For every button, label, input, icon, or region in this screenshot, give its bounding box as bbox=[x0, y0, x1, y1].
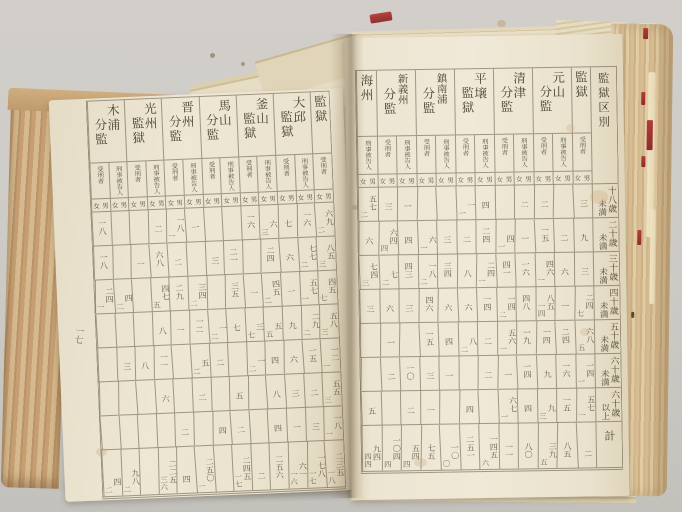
subcol-label-text: 受刑者 bbox=[96, 166, 104, 184]
female-label: 女 bbox=[93, 201, 100, 210]
subcol-label-cell: 受刑者 bbox=[275, 155, 295, 191]
body-cell: 一六 bbox=[296, 204, 315, 237]
body-cell: 二 bbox=[208, 343, 228, 377]
female-value: 一七 bbox=[234, 473, 242, 488]
male-value: 三 bbox=[580, 267, 588, 275]
gender-header-cell: 男女 bbox=[277, 191, 296, 204]
male-value: 六四 bbox=[388, 229, 396, 245]
female-label: 女 bbox=[477, 175, 484, 184]
subcol-label-text: 受刑者 bbox=[461, 138, 468, 156]
body-cell: 五 bbox=[361, 391, 382, 425]
male-value: 一 bbox=[136, 260, 144, 268]
body-cell bbox=[210, 377, 230, 411]
male-value: 三九 bbox=[548, 442, 556, 458]
body-cell: 一〇 bbox=[399, 357, 420, 391]
male-value: 二 bbox=[483, 337, 491, 345]
body-cell: 二九 bbox=[169, 277, 189, 311]
male-value: 五四 bbox=[411, 444, 419, 460]
body-cell: 二 bbox=[477, 322, 497, 355]
male-value: 四七 bbox=[160, 284, 169, 300]
male-value: 三 bbox=[405, 304, 413, 312]
female-label: 女 bbox=[457, 175, 464, 184]
male-value: 一五 bbox=[540, 226, 549, 242]
body-cell: 一八 bbox=[93, 246, 113, 280]
body-cell: 二三五一八 bbox=[324, 440, 346, 487]
row-label-cell: 三十歳未満 bbox=[594, 252, 620, 286]
body-cell: 四七五 bbox=[150, 277, 170, 311]
row-label-cell: 五十歳未満 bbox=[595, 320, 621, 354]
male-value: 一 bbox=[386, 339, 394, 347]
body-cell: 一 bbox=[131, 245, 150, 278]
female-label: 女 bbox=[260, 194, 267, 203]
male-value: 三四 bbox=[443, 262, 451, 278]
male-value: 八 bbox=[463, 269, 471, 277]
male-value: 五七 bbox=[309, 278, 318, 294]
gender-header-cell: 男女 bbox=[128, 197, 147, 210]
male-value: 六八 bbox=[585, 327, 594, 343]
body-cell: 六 bbox=[554, 253, 574, 286]
male-value: 六 bbox=[289, 355, 297, 363]
gender-header-cell: 男女 bbox=[533, 172, 553, 184]
row-label-main: 十八歳 bbox=[605, 186, 615, 213]
body-cell bbox=[227, 342, 247, 376]
body-cell bbox=[553, 185, 573, 218]
body-cell: 一二一 bbox=[320, 338, 341, 372]
body-cell: 二 bbox=[148, 210, 167, 243]
body-cell: 一八二 bbox=[417, 255, 437, 288]
body-cell bbox=[99, 415, 120, 449]
body-cell: 二五一 bbox=[459, 424, 480, 470]
body-cell: 一二 bbox=[189, 310, 208, 343]
male-value: 一八 bbox=[99, 253, 107, 269]
row-label-suffix: 未満 bbox=[597, 267, 607, 284]
male-value: 六 bbox=[285, 253, 294, 262]
body-cell: 一 bbox=[380, 323, 400, 356]
body-cell: 二四 bbox=[554, 320, 575, 354]
male-value: 四六 bbox=[424, 296, 432, 312]
photo-of-open-ledger: 監獄大邱監獄釜山監獄馬山分監晋州分監光州監獄木浦分監受刑者刑事被告人受刑者刑事被… bbox=[0, 0, 682, 512]
body-cell: 五七一 bbox=[576, 388, 596, 421]
body-cell bbox=[248, 409, 269, 443]
body-cell: 二四一 bbox=[476, 254, 496, 287]
body-cell: 二 bbox=[456, 220, 476, 253]
subcol-label-text: 刑事被告人 bbox=[403, 139, 410, 169]
female-value: 二 bbox=[193, 367, 201, 375]
body-cell: 四 bbox=[438, 322, 459, 356]
male-value: 七五 bbox=[426, 444, 434, 460]
male-value: 一 bbox=[521, 234, 529, 242]
body-cell: 一 bbox=[497, 356, 517, 389]
female-label: 女 bbox=[112, 200, 119, 209]
male-value: 一〇 bbox=[406, 364, 415, 380]
male-value: 二 bbox=[583, 449, 591, 457]
male-value: 二 bbox=[257, 472, 265, 480]
male-value: 二九 bbox=[311, 312, 319, 328]
female-value: 六 bbox=[481, 458, 489, 466]
body-cell: 二四 bbox=[475, 220, 495, 253]
body-cell: 三 bbox=[204, 241, 224, 275]
subcol-label-text: 刑事被告人 bbox=[364, 140, 371, 170]
prison-name-line: 大邱 bbox=[292, 96, 306, 126]
body-cell: 五 bbox=[229, 376, 248, 409]
body-cell: 八 bbox=[456, 254, 476, 287]
row-label-cell: 十八歳未満 bbox=[593, 184, 619, 218]
body-cell bbox=[242, 240, 261, 273]
female-value: 二 bbox=[300, 260, 308, 268]
prison-name-cell: 監獄 bbox=[310, 92, 331, 154]
prison-name-line: 分監 bbox=[383, 87, 396, 116]
male-value: 三 bbox=[255, 322, 263, 330]
female-value: 三六 bbox=[160, 476, 168, 491]
body-cell: 五七二 bbox=[358, 188, 378, 221]
male-value: 一六 bbox=[246, 213, 255, 229]
male-value: 四一 bbox=[501, 261, 510, 277]
female-value: 二 bbox=[381, 278, 389, 286]
body-cell bbox=[186, 242, 206, 276]
female-value: 一四 bbox=[537, 302, 545, 317]
body-cell: 四五二 bbox=[261, 273, 282, 307]
female-value: 三 bbox=[321, 327, 329, 335]
male-label: 男 bbox=[428, 175, 435, 184]
body-cell: 二 bbox=[303, 373, 323, 407]
body-cell bbox=[477, 390, 498, 424]
male-value: 四六 bbox=[545, 260, 553, 276]
female-label: 女 bbox=[574, 173, 581, 182]
female-label: 女 bbox=[399, 176, 406, 185]
subcol-label-cell: 受刑者 bbox=[89, 163, 109, 199]
male-value: 一五 bbox=[424, 330, 433, 346]
stain bbox=[210, 53, 215, 58]
body-cell: 一四 bbox=[476, 288, 497, 322]
body-cell: 八五 bbox=[556, 423, 576, 468]
subcol-label-cell: 受刑者 bbox=[312, 154, 332, 190]
subcol-label-cell: 刑事被告人 bbox=[513, 134, 533, 171]
male-value: 四 bbox=[113, 478, 121, 486]
prison-name-line: 海州 bbox=[360, 74, 373, 103]
red-mark bbox=[641, 156, 645, 167]
subcol-label-cell: 刑事被告人 bbox=[182, 159, 202, 195]
male-value: 二 bbox=[484, 371, 492, 379]
body-cell: 二 bbox=[575, 422, 597, 468]
body-cell: 六四四 bbox=[378, 221, 398, 254]
female-label: 女 bbox=[379, 176, 386, 185]
body-cell: 一四一 bbox=[575, 354, 595, 387]
female-label: 女 bbox=[516, 174, 523, 183]
male-value: 八 bbox=[468, 337, 476, 345]
prison-name-cell: 光州監獄 bbox=[124, 99, 164, 162]
male-value: 一四 bbox=[506, 294, 514, 310]
gender-header-cell: 男女 bbox=[221, 193, 240, 206]
female-value: 三 bbox=[539, 412, 547, 420]
body-cell bbox=[137, 414, 157, 448]
subcol-label-text: 受刑者 bbox=[244, 160, 252, 178]
female-value: 二 bbox=[317, 225, 325, 233]
male-value: 一八 bbox=[176, 216, 184, 232]
body-cell bbox=[193, 412, 212, 445]
male-value: 一 bbox=[286, 287, 294, 295]
gender-header-cell: 男女 bbox=[295, 190, 314, 203]
body-cell: 三 bbox=[572, 184, 593, 218]
stub-header-cell: 監獄区別 bbox=[591, 67, 618, 184]
male-label: 男 bbox=[564, 173, 571, 182]
body-cell: 四二 bbox=[101, 450, 122, 497]
male-value: 六 bbox=[385, 304, 393, 312]
female-value: 一六 bbox=[290, 470, 298, 485]
body-cell: 五二 bbox=[190, 344, 211, 378]
male-value: 八 bbox=[141, 361, 149, 369]
male-value: 四 bbox=[123, 294, 132, 303]
body-cell bbox=[206, 275, 225, 308]
prison-name-cell: 平壌監獄 bbox=[453, 69, 493, 135]
body-cell: 六 bbox=[456, 288, 477, 322]
female-value: 二 bbox=[498, 310, 506, 318]
prison-name-line: 清津 bbox=[512, 71, 525, 100]
body-cell: 八 bbox=[265, 374, 286, 408]
body-cell: 九四四四 bbox=[361, 426, 381, 471]
male-value: 四 bbox=[505, 235, 513, 243]
body-cell: 五四四 bbox=[401, 425, 421, 470]
male-value: 四 bbox=[218, 426, 226, 434]
prison-name-cell: 釜山監獄 bbox=[235, 94, 275, 157]
female-value: 二 bbox=[420, 277, 428, 285]
dark-speck bbox=[631, 312, 634, 318]
female-value: 二 bbox=[360, 210, 368, 218]
male-label: 男 bbox=[120, 200, 127, 209]
body-cell: 一一 bbox=[498, 424, 518, 469]
male-value: 一二 bbox=[195, 317, 203, 333]
row-label-main: 計 bbox=[604, 430, 614, 441]
male-value: 五 bbox=[367, 407, 375, 415]
prison-name-cell: 海州 bbox=[356, 71, 377, 136]
male-value: 二五〇 bbox=[205, 458, 215, 483]
subcol-label-cell: 受刑者 bbox=[493, 135, 513, 172]
body-cell: 一四 bbox=[516, 355, 537, 389]
male-value: 六 bbox=[560, 268, 568, 276]
female-label: 女 bbox=[496, 174, 503, 183]
left-page: 監獄大邱監獄釜山監獄馬山分監晋州分監光州監獄木浦分監受刑者刑事被告人受刑者刑事被… bbox=[49, 88, 360, 502]
stain bbox=[497, 20, 506, 27]
body-cell bbox=[114, 313, 134, 347]
prison-table-right: 監獄区別十八歳未満二十歳未満三十歳未満四十歳未満五十歳未満六十歳未満六十歳以上計… bbox=[355, 66, 623, 474]
body-cell: 一 bbox=[514, 219, 534, 252]
female-value: 二 bbox=[116, 302, 124, 310]
body-cell: 四八 bbox=[515, 287, 535, 320]
row-label-cell: 六十歳以上 bbox=[596, 388, 622, 422]
body-cell: 一 bbox=[184, 208, 205, 242]
body-cell: 一 bbox=[554, 287, 574, 320]
male-value: 一 bbox=[249, 289, 258, 298]
body-cell bbox=[212, 445, 233, 492]
subcol-label-cell: 刑事被告人 bbox=[145, 161, 165, 197]
male-value: 七 bbox=[389, 270, 397, 278]
body-cell: 一六 bbox=[240, 206, 260, 240]
gender-header-cell: 男女 bbox=[109, 198, 128, 211]
male-label: 男 bbox=[389, 176, 396, 185]
male-value: 三四 bbox=[198, 283, 206, 299]
right-page: 監獄区別十八歳未満二十歳未満三十歳未満四十歳未満五十歳未満六十歳未満六十歳以上計… bbox=[344, 34, 629, 500]
row-label-suffix: 未満 bbox=[599, 369, 609, 386]
female-value: 三 bbox=[261, 228, 269, 236]
male-value: 六 bbox=[269, 220, 277, 228]
prison-name-line: 馬山 bbox=[217, 99, 231, 129]
row-label-suffix: 未満 bbox=[596, 233, 606, 250]
female-value: 二 bbox=[302, 328, 310, 336]
male-value: 二五一 bbox=[465, 435, 474, 459]
male-value: 二 bbox=[462, 235, 470, 243]
male-value: 四五 bbox=[328, 278, 336, 294]
subcol-label-text: 受刑者 bbox=[500, 137, 507, 155]
gender-header-cell: 男女 bbox=[397, 174, 417, 186]
stub-header-text: 監獄区別 bbox=[595, 72, 613, 183]
male-value: 四 bbox=[444, 337, 452, 345]
female-label: 女 bbox=[438, 175, 445, 184]
subcol-label-cell: 受刑者 bbox=[164, 160, 184, 196]
body-cell: 九八二 bbox=[120, 449, 141, 496]
body-cell: 四五七 bbox=[317, 271, 337, 305]
male-value: 二 bbox=[154, 225, 162, 233]
female-label: 女 bbox=[186, 197, 193, 206]
body-cell: 三 bbox=[305, 407, 325, 441]
body-cell: 二 bbox=[533, 185, 553, 218]
male-value: 八五 bbox=[326, 243, 335, 259]
female-value: 三 bbox=[361, 278, 369, 286]
body-cell bbox=[248, 376, 267, 409]
body-cell: 二四 bbox=[261, 239, 280, 272]
row-label-main: 五十歳 bbox=[607, 322, 617, 349]
row-label-main: 四十歳 bbox=[607, 288, 617, 315]
body-cell bbox=[133, 312, 153, 346]
body-cell: 八二 bbox=[457, 322, 477, 355]
female-value: 三 bbox=[318, 259, 326, 267]
male-value: 一九 bbox=[522, 328, 530, 344]
male-value: 六 bbox=[365, 237, 373, 245]
female-value: 四 bbox=[380, 244, 388, 252]
female-value: 一 bbox=[577, 377, 585, 385]
male-value: 七四 bbox=[369, 262, 378, 278]
male-value: 二 bbox=[174, 258, 182, 266]
male-value: 三 bbox=[366, 305, 374, 313]
female-value: 一 bbox=[497, 242, 505, 250]
row-label-suffix: 未満 bbox=[598, 335, 608, 352]
gender-header-cell: 男女 bbox=[358, 175, 378, 187]
body-cell: 一 bbox=[170, 311, 189, 344]
body-cell: 一 bbox=[420, 391, 440, 424]
male-value: 九四 bbox=[372, 445, 380, 461]
body-cell: 三九五 bbox=[537, 423, 557, 468]
row-label-main: 三十歳 bbox=[606, 254, 616, 281]
body-cell bbox=[399, 323, 419, 356]
male-value: 一四 bbox=[482, 295, 491, 311]
male-value: 一 bbox=[256, 357, 264, 365]
body-cell: 九三 bbox=[536, 389, 556, 422]
prison-name-line: 平壌 bbox=[473, 72, 486, 101]
body-cell: 一五 bbox=[533, 219, 554, 253]
male-value: 一 bbox=[503, 371, 511, 379]
male-label: 男 bbox=[369, 176, 376, 185]
body-cell: 八 bbox=[152, 312, 172, 346]
gender-header-cell: 男女 bbox=[258, 192, 277, 205]
body-cell: 八〇 bbox=[518, 423, 538, 468]
male-value: 五 bbox=[235, 392, 243, 400]
body-cell: 一四五六 bbox=[478, 424, 499, 469]
body-cell: 四六 bbox=[418, 289, 438, 322]
male-value: 四五 bbox=[272, 280, 281, 296]
male-value: 二一 bbox=[229, 248, 237, 264]
female-value: 七 bbox=[576, 309, 584, 317]
male-value: 六一 bbox=[298, 462, 306, 478]
body-cell: 二 bbox=[167, 243, 188, 277]
male-value: 一 bbox=[403, 202, 411, 210]
male-value: 三 bbox=[443, 236, 451, 244]
body-cell bbox=[439, 391, 459, 424]
body-cell: 三四 bbox=[437, 255, 457, 288]
male-value: 二 bbox=[236, 425, 245, 434]
body-cell bbox=[203, 207, 224, 241]
body-cell: 二九二 bbox=[300, 305, 319, 338]
subcol-label-cell: 受刑者 bbox=[415, 136, 435, 173]
female-value: 五 bbox=[153, 300, 161, 308]
subcol-label-text: 受刑者 bbox=[282, 158, 290, 176]
female-value: 一七 bbox=[308, 469, 316, 484]
body-cell: 四一 bbox=[495, 253, 516, 287]
subcol-label-text: 受刑者 bbox=[383, 139, 390, 157]
body-cell: 六 bbox=[437, 288, 457, 321]
female-value: 一 bbox=[419, 243, 427, 251]
body-cell: 一八一 bbox=[323, 407, 342, 440]
prison-name-cell: 清津分監 bbox=[492, 68, 532, 134]
subcol-label-text: 刑事被告人 bbox=[152, 164, 160, 194]
female-value: 四四 bbox=[364, 453, 372, 468]
gender-header-cell: 男女 bbox=[165, 196, 184, 209]
body-cell bbox=[129, 210, 149, 244]
body-cell bbox=[380, 391, 400, 424]
male-value: 三五 bbox=[231, 282, 239, 298]
gender-header-cell: 男女 bbox=[455, 173, 475, 185]
prison-name-line: 釜山 bbox=[255, 97, 269, 127]
male-label: 男 bbox=[325, 191, 332, 200]
prison-name-line: 鎮南浦 bbox=[434, 73, 447, 105]
subcol-label-cell: 刑事被告人 bbox=[474, 135, 494, 172]
male-value: 五六 bbox=[507, 329, 515, 345]
body-cell: 一七八一七 bbox=[306, 441, 325, 487]
male-value: 二四 bbox=[561, 328, 570, 344]
body-cell: 六 bbox=[283, 340, 302, 373]
male-value: 四 bbox=[481, 201, 489, 209]
male-value: 二三五 bbox=[335, 452, 345, 477]
male-value: 五七 bbox=[586, 395, 594, 411]
body-cell: 二 bbox=[400, 391, 420, 424]
body-cell: 七五 bbox=[420, 425, 440, 470]
female-value: 一 bbox=[500, 412, 508, 420]
body-cell: 六三 bbox=[259, 205, 279, 239]
margin-page-number: 一七 bbox=[71, 325, 86, 344]
male-value: 五 bbox=[274, 322, 282, 330]
body-cell: 一八一 bbox=[166, 209, 185, 242]
male-value: 一 bbox=[292, 423, 300, 431]
female-label: 女 bbox=[418, 175, 425, 184]
male-label: 男 bbox=[408, 176, 415, 185]
red-tab-top-edge bbox=[369, 11, 392, 23]
subcol-label-text: 刑事被告人 bbox=[559, 137, 566, 167]
subcol-label-cell: 刑事被告人 bbox=[219, 157, 239, 193]
male-value: 一七八 bbox=[317, 453, 325, 477]
male-label: 男 bbox=[525, 174, 532, 183]
male-value: 一二 bbox=[330, 345, 339, 361]
male-label: 男 bbox=[213, 196, 220, 205]
gender-header-cell: 男女 bbox=[184, 195, 203, 208]
male-value: 一 bbox=[176, 326, 184, 334]
female-value: 〇 bbox=[442, 459, 450, 467]
